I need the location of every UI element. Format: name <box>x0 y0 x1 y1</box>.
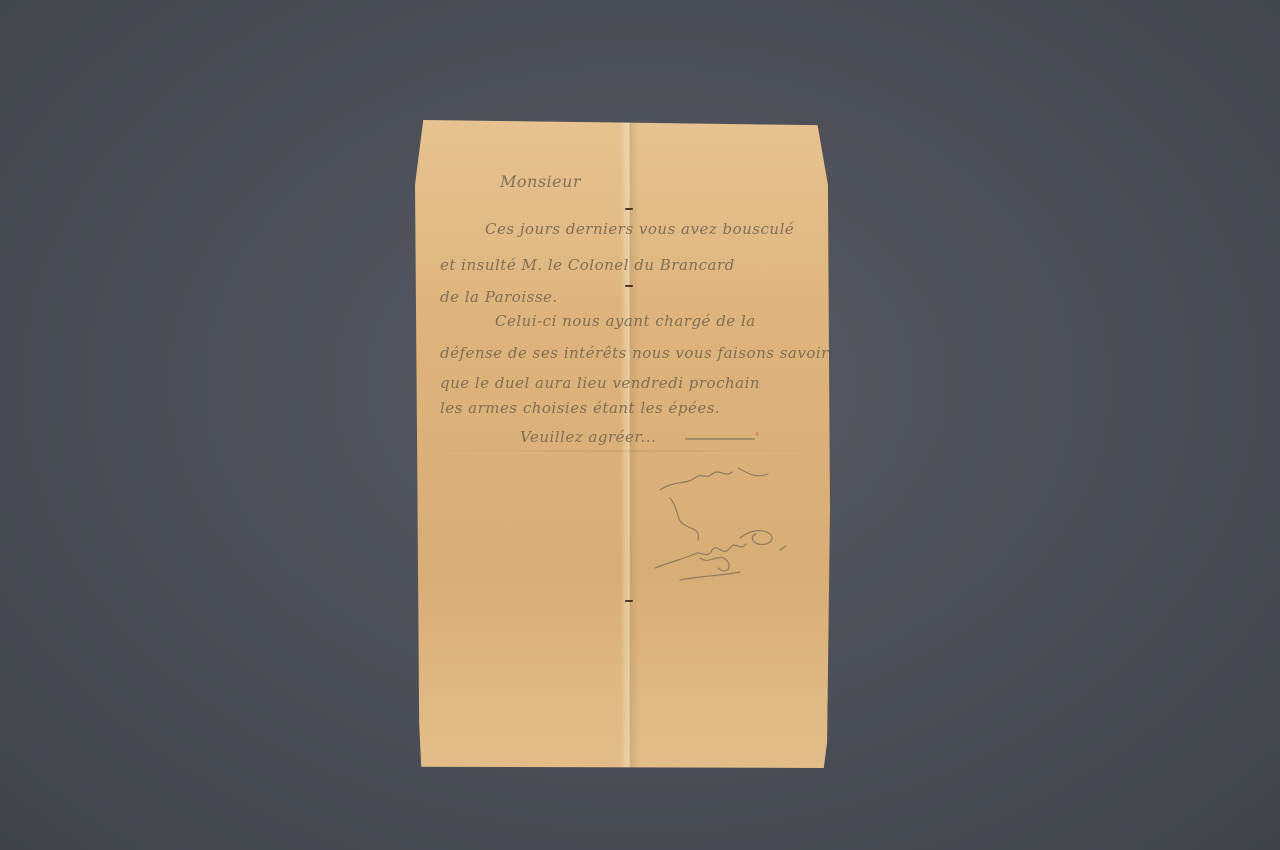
letter-line: Celui-ci nous ayant chargé de la <box>495 312 756 330</box>
letter-line: Ces jours derniers vous avez bousculé <box>485 220 794 238</box>
letter-salutation: Monsieur <box>500 172 581 191</box>
closing-flourish <box>685 438 755 440</box>
red-ink-mark <box>755 432 759 436</box>
pin-hole-bottom <box>625 600 633 602</box>
pin-hole-top <box>625 208 633 210</box>
letter-line: les armes choisies étant les épées. <box>440 399 720 417</box>
letter-line: que le duel aura lieu vendredi prochain <box>440 374 760 392</box>
letter-line: et insulté M. le Colonel du Brancard <box>440 256 735 274</box>
letter-line: de la Paroisse. <box>440 288 558 306</box>
pin-hole-middle <box>625 285 633 287</box>
letter-closing: Veuillez agréer... <box>520 428 656 446</box>
signatures-scribble <box>640 450 800 590</box>
letter-line: défense de ses intérêts nous vous faison… <box>440 344 829 362</box>
handwritten-letter: Monsieur Ces jours derniers vous avez bo… <box>415 120 830 768</box>
